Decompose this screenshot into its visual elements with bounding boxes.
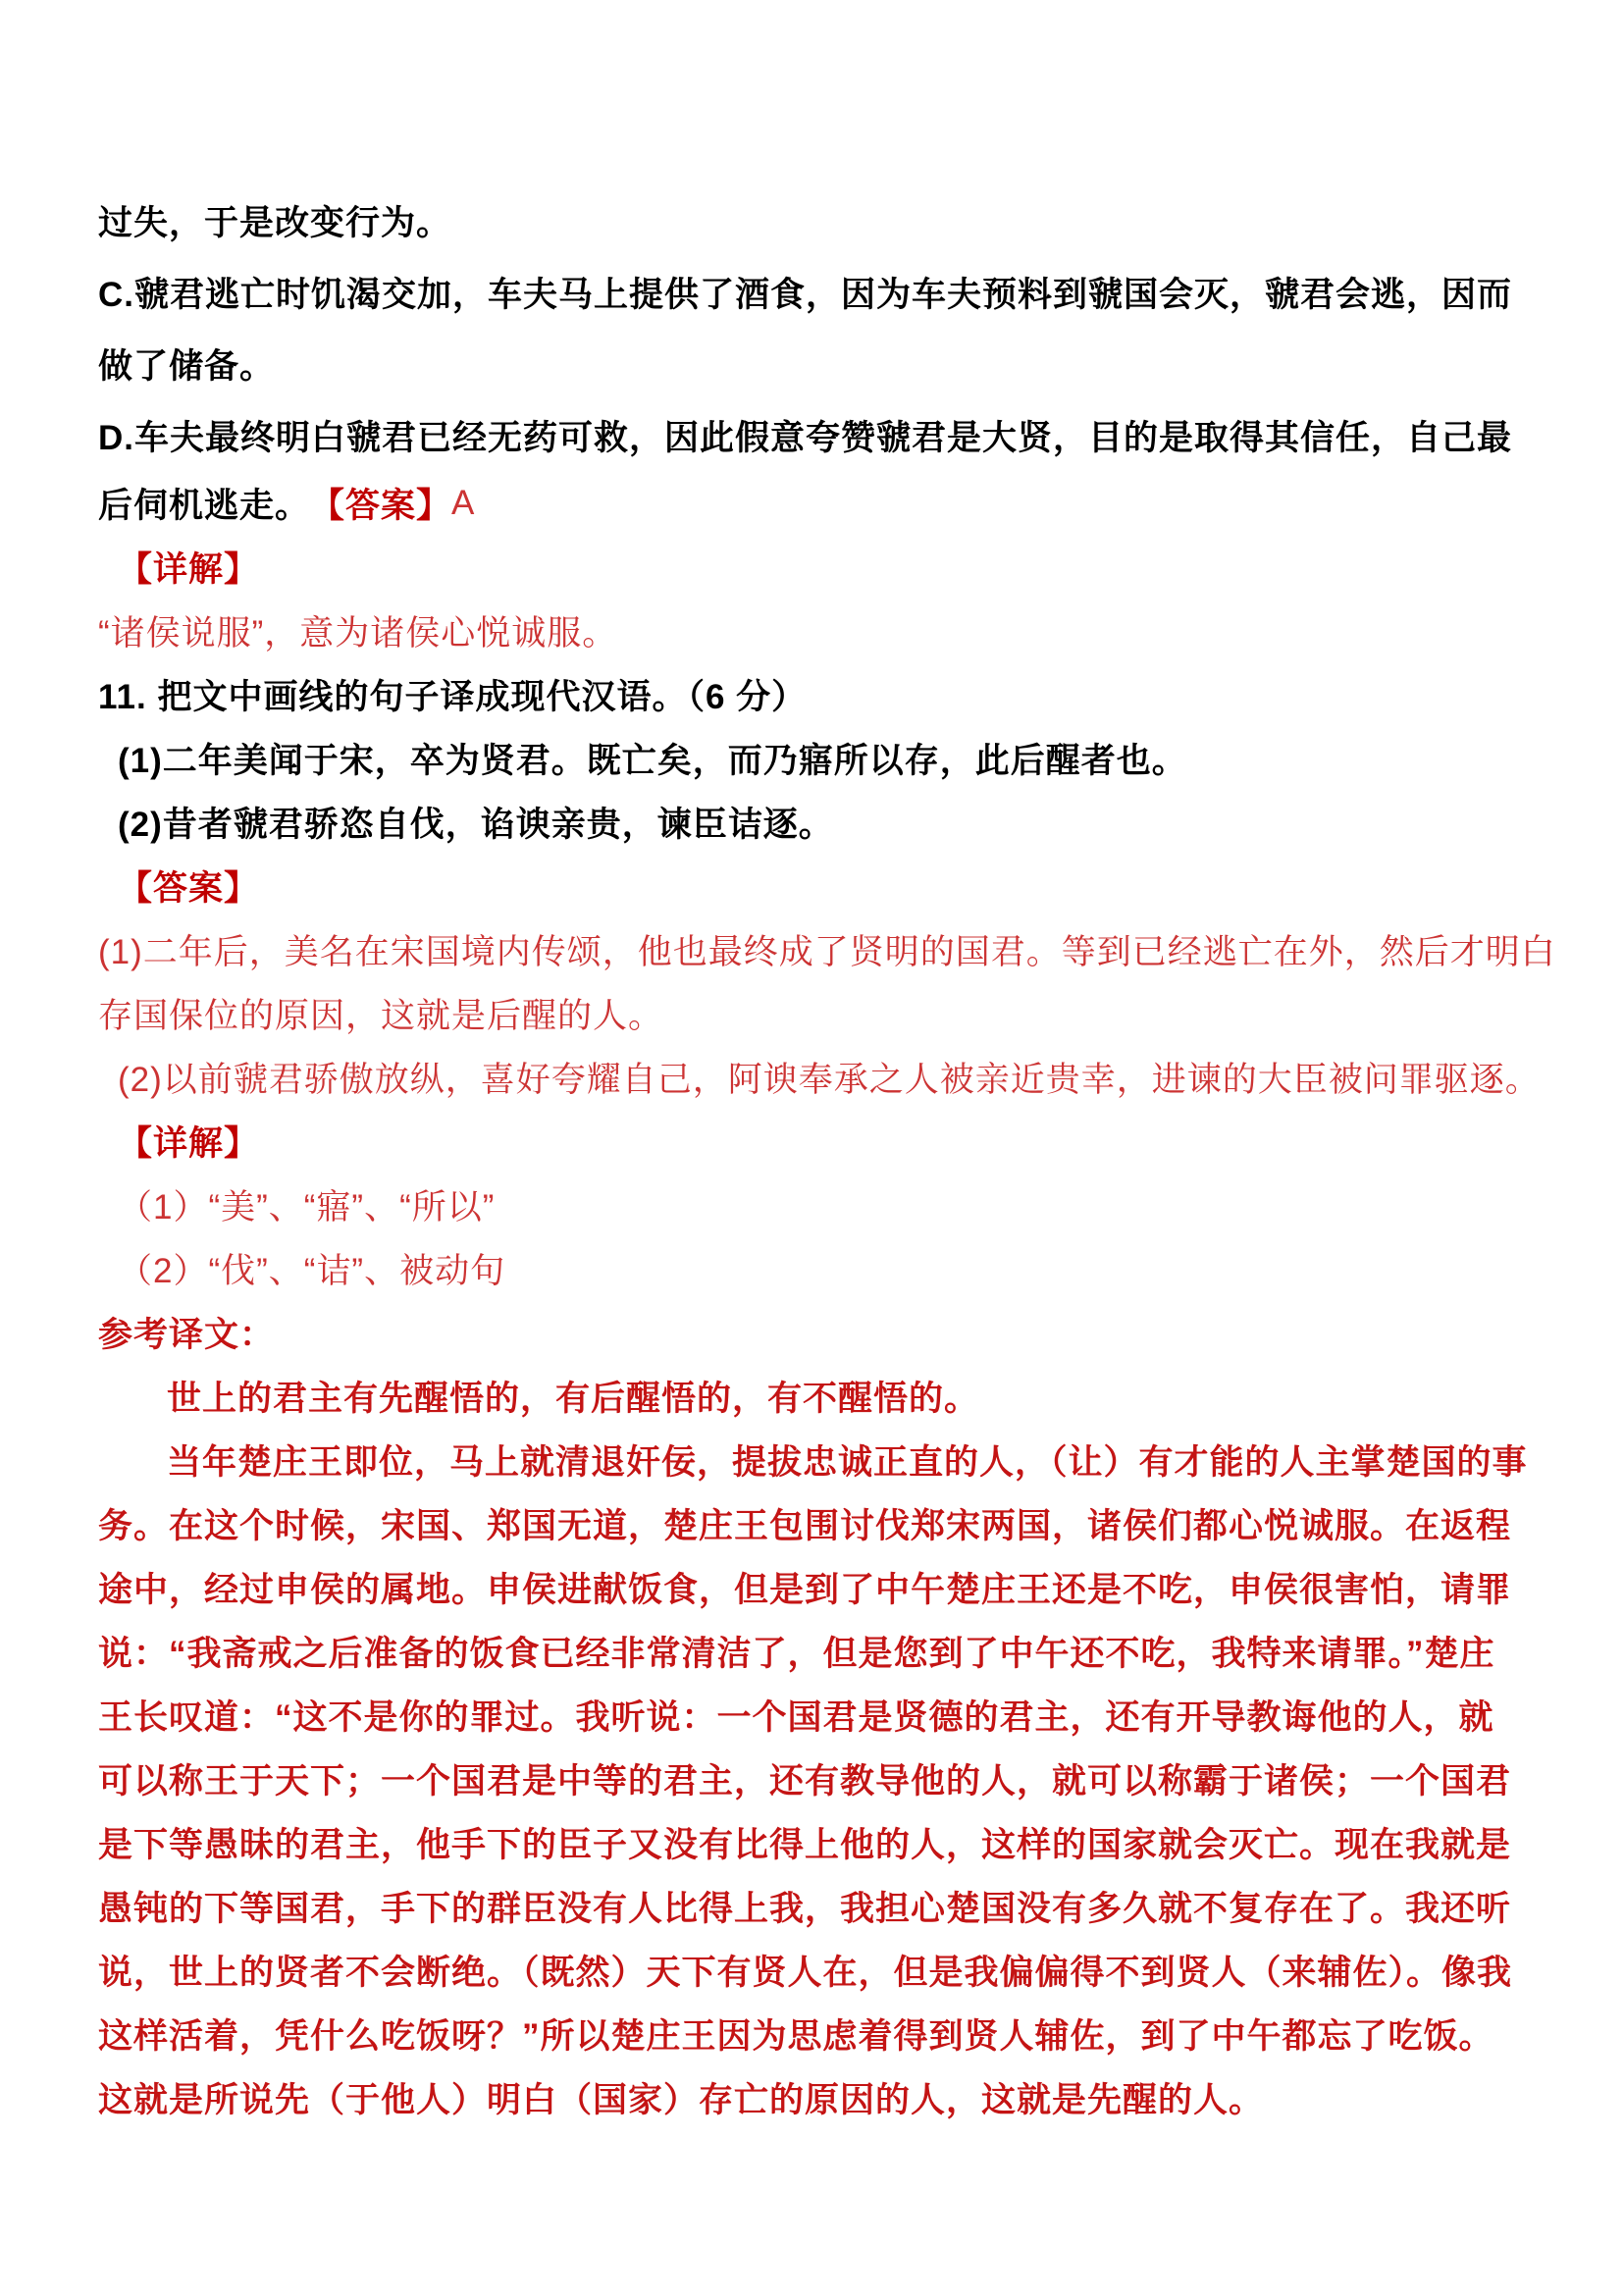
text-segment: 说：“我斋戒之后准备的饭食已经非常清洁了，但是您到了中午还不吃，我特来请罪。”楚…	[98, 1627, 1495, 1676]
text-segment: (1)二年美闻于宋，卒为贤君。既亡矣，而乃寤所以存，此后醒者也。	[118, 734, 1187, 783]
text-segment: 是下等愚昧的君主，他手下的臣子又没有比得上他的人，这样的国家就会灭亡。现在我就是	[98, 1818, 1511, 1867]
paragraph-line: 说：“我斋戒之后准备的饭食已经非常清洁了，但是您到了中午还不吃，我特来请罪。”楚…	[98, 1619, 1527, 1683]
text-segment: 后伺机逃走。	[98, 479, 310, 528]
paragraph-line: 过失，于是改变行为。	[98, 184, 1527, 256]
paragraph-line: 说，世上的贤者不会断绝。（既然）天下有贤人在，但是我偏偏得不到贤人（来辅佐）。像…	[98, 1938, 1527, 2002]
text-segment: 说，世上的贤者不会断绝。（既然）天下有贤人在，但是我偏偏得不到贤人（来辅佐）。像…	[98, 1946, 1512, 1995]
paragraph-line: 王长叹道：“这不是你的罪过。我听说：一个国君是贤德的君主，还有开导教诲他的人，就	[98, 1683, 1527, 1747]
paragraph-line: 11. 把文中画线的句子译成现代汉语。（6 分）	[98, 662, 1527, 726]
paragraph-line: (2)以前虢君骄傲放纵，喜好夸耀自己，阿谀奉承之人被亲近贵幸，进谏的大臣被问罪驱…	[98, 1045, 1527, 1109]
text-segment: 【详解】	[118, 543, 259, 592]
document-page: 过失，于是改变行为。C.虢君逃亡时饥渴交加，车夫马上提供了酒食，因为车夫预料到虢…	[0, 0, 1623, 2296]
paragraph-line: 可以称王于天下；一个国君是中等的君主，还有教导他的人，就可以称霸于诸侯；一个国君	[98, 1747, 1527, 1810]
text-segment: 过失，于是改变行为。	[98, 196, 451, 245]
paragraph-line: (1)二年后，美名在宋国境内传颂，他也最终成了贤明的国君。等到已经逃亡在外，然后…	[98, 917, 1527, 981]
paragraph-line: 【答案】	[98, 854, 1527, 917]
text-segment: 王长叹道：“这不是你的罪过。我听说：一个国君是贤德的君主，还有开导教诲他的人，就	[98, 1691, 1494, 1740]
text-segment: “诸侯说服”，意为诸侯心悦诚服。	[98, 606, 617, 655]
paragraph-line: （1）“美”、“寤”、“所以”	[98, 1173, 1527, 1236]
document-content: 过失，于是改变行为。C.虢君逃亡时饥渴交加，车夫马上提供了酒食，因为车夫预料到虢…	[98, 184, 1527, 2129]
paragraph-line: 务。在这个时候，宋国、郑国无道，楚庄王包围讨伐郑宋两国，诸侯们都心悦诚服。在返程	[98, 1491, 1527, 1555]
paragraph-line: 途中，经过申侯的属地。申侯进献饭食，但是到了中午楚庄王还是不吃，申侯很害怕，请罪	[98, 1555, 1527, 1619]
paragraph-line: 做了储备。	[98, 328, 1527, 399]
text-segment: 做了储备。	[98, 339, 275, 389]
text-segment: 存国保位的原因，这就是后醒的人。	[98, 989, 663, 1038]
paragraph-line: 参考译文：	[98, 1300, 1527, 1364]
text-segment: 途中，经过申侯的属地。申侯进献饭食，但是到了中午楚庄王还是不吃，申侯很害怕，请罪	[98, 1563, 1511, 1612]
paragraph-line: 这样活着，凭什么吃饭呀？”所以楚庄王因为思虑着得到贤人辅佐，到了中午都忘了吃饭。	[98, 2002, 1527, 2065]
text-segment: (2)昔者虢君骄恣自伐，谄谀亲贵，谏臣诘逐。	[118, 798, 834, 847]
text-segment: D.车夫最终明白虢君已经无药可救，因此假意夸赞虢君是大贤，目的是取得其信任，自己…	[98, 411, 1512, 460]
text-segment: C.虢君逃亡时饥渴交加，车夫马上提供了酒食，因为车夫预料到虢国会灭，虢君会逃，因…	[98, 268, 1512, 317]
text-segment: 愚钝的下等国君，手下的群臣没有人比得上我，我担心楚国没有多久就不复存在了。我还听	[98, 1882, 1511, 1931]
paragraph-line: （2）“伐”、“诘”、被动句	[98, 1236, 1527, 1300]
text-segment: （1）“美”、“寤”、“所以”	[118, 1180, 495, 1229]
text-segment: 【答案】	[118, 861, 259, 911]
text-segment: 【详解】	[118, 1117, 259, 1166]
text-segment: （2）“伐”、“诘”、被动句	[118, 1244, 505, 1293]
text-segment: A	[451, 484, 475, 523]
paragraph-line: D.车夫最终明白虢君已经无药可救，因此假意夸赞虢君是大贤，目的是取得其信任，自己…	[98, 399, 1527, 471]
text-segment: 务。在这个时候，宋国、郑国无道，楚庄王包围讨伐郑宋两国，诸侯们都心悦诚服。在返程	[98, 1499, 1511, 1548]
paragraph-line: 【详解】	[98, 1109, 1527, 1173]
paragraph-line: 愚钝的下等国君，手下的群臣没有人比得上我，我担心楚国没有多久就不复存在了。我还听	[98, 1874, 1527, 1938]
paragraph-line: (2)昔者虢君骄恣自伐，谄谀亲贵，谏臣诘逐。	[98, 790, 1527, 854]
text-segment: 参考译文：	[98, 1308, 275, 1357]
text-segment: (1)二年后，美名在宋国境内传颂，他也最终成了贤明的国君。等到已经逃亡在外，然后…	[98, 925, 1556, 974]
paragraph-line: “诸侯说服”，意为诸侯心悦诚服。	[98, 599, 1527, 662]
text-segment: 这就是所说先（于他人）明白（国家）存亡的原因的人，这就是先醒的人。	[98, 2073, 1264, 2122]
text-segment: 当年楚庄王即位，马上就清退奸佞，提拔忠诚正直的人，（让）有才能的人主掌楚国的事	[167, 1435, 1528, 1485]
paragraph-line: 世上的君主有先醒悟的，有后醒悟的，有不醒悟的。	[98, 1364, 1527, 1428]
paragraph-line: C.虢君逃亡时饥渴交加，车夫马上提供了酒食，因为车夫预料到虢国会灭，虢君会逃，因…	[98, 256, 1527, 328]
paragraph-line: 【详解】	[98, 535, 1527, 599]
paragraph-line: 存国保位的原因，这就是后醒的人。	[98, 981, 1527, 1045]
text-segment: 11. 把文中画线的句子译成现代汉语。（6 分）	[98, 670, 807, 719]
paragraph-line: 这就是所说先（于他人）明白（国家）存亡的原因的人，这就是先醒的人。	[98, 2065, 1527, 2129]
text-segment: 世上的君主有先醒悟的，有后醒悟的，有不醒悟的。	[167, 1372, 979, 1421]
paragraph-line: 后伺机逃走。【答案】A	[98, 471, 1527, 535]
text-segment: 【答案】	[310, 479, 451, 528]
text-segment: 这样活着，凭什么吃饭呀？”所以楚庄王因为思虑着得到贤人辅佐，到了中午都忘了吃饭。	[98, 2009, 1494, 2059]
text-segment: (2)以前虢君骄傲放纵，喜好夸耀自己，阿谀奉承之人被亲近贵幸，进谏的大臣被问罪驱…	[118, 1053, 1541, 1102]
text-segment: 可以称王于天下；一个国君是中等的君主，还有教导他的人，就可以称霸于诸侯；一个国君	[98, 1754, 1511, 1803]
paragraph-line: (1)二年美闻于宋，卒为贤君。既亡矣，而乃寤所以存，此后醒者也。	[98, 726, 1527, 790]
paragraph-line: 是下等愚昧的君主，他手下的臣子又没有比得上他的人，这样的国家就会灭亡。现在我就是	[98, 1810, 1527, 1874]
paragraph-line: 当年楚庄王即位，马上就清退奸佞，提拔忠诚正直的人，（让）有才能的人主掌楚国的事	[98, 1428, 1527, 1491]
